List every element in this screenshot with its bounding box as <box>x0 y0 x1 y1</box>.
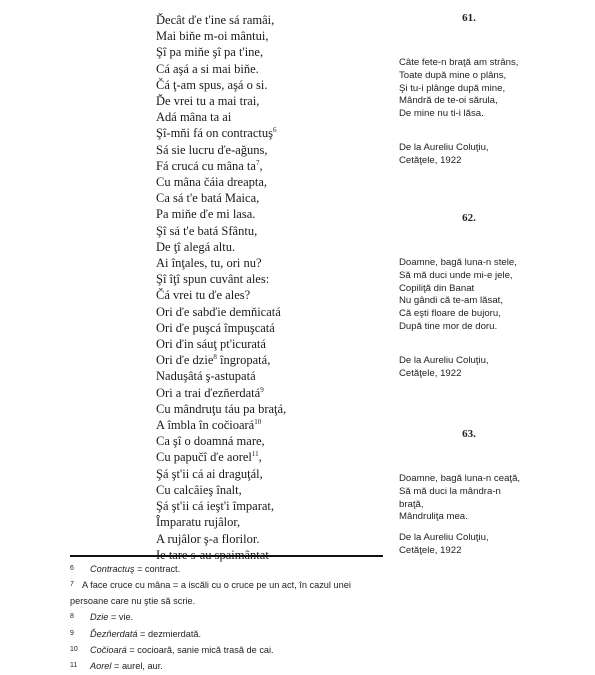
poem-line: Čá ţ-am spus, aşá o si. <box>156 77 286 93</box>
poem-line: Şî pa miňe şî pa t'ine, <box>156 44 286 60</box>
song-verses: Doamne, bagă luna-n ceaţă, Să mă duci la… <box>399 473 520 524</box>
verse-line: Să mă duci la mândra-n <box>399 486 520 499</box>
poem-line: Pa miňe ďe mi lasa. <box>156 206 286 222</box>
poem-line: Ai înţales, tu, ori nu? <box>156 255 286 271</box>
footnote-ref[interactable]: 11 <box>252 450 259 458</box>
poem-line: Ca sá t'e batá Maica, <box>156 190 286 206</box>
footnote-ref[interactable]: 10 <box>254 418 261 426</box>
song-63: 63. Doamne, bagă luna-n ceaţă, Să mă duc… <box>399 428 589 588</box>
poem-line: Şî îţî spun cuvânt ales: <box>156 271 286 287</box>
verse-line: Mândră de te-oi sărula, <box>399 95 518 108</box>
poem-line: Ori ďin sáuţ pt'icuratá <box>156 336 286 352</box>
poem-line: Împaratu rujâlor, <box>156 514 286 530</box>
poem-line: Ori ďe sabďie demňicatá <box>156 304 286 320</box>
verse-line: braţă, <box>399 499 520 512</box>
poem-line: Mai biňe m-oi mântui, <box>156 28 286 44</box>
verse-line: Nu gândi că te-am lăsat, <box>399 295 517 308</box>
song-61: 61. Câte fete-n braţă am strâns, Toate d… <box>399 12 589 182</box>
poem-line: Cu papučî ďe aorel11, <box>156 449 286 465</box>
poem-line: Şî sá t'e batá Sfântu, <box>156 223 286 239</box>
song-source: De la Aureliu Coluţiu, Cetăţele, 1922 <box>399 142 489 168</box>
poem-line: Adá mâna ta ai <box>156 109 286 125</box>
footnote-separator <box>70 555 383 557</box>
poem-line: Cu mâna čáia dreapta, <box>156 174 286 190</box>
footnote: 11Aorel = aurel, aur. <box>70 658 385 674</box>
verse-line: De mine nu ti-i lăsa. <box>399 108 518 121</box>
poem-line: Cá aşá a si mai biňe. <box>156 61 286 77</box>
poem-line: Şî-mňi fá on contractuş6 <box>156 125 286 141</box>
footnotes: 6Contractuş = contract. 7A face cruce cu… <box>70 561 385 675</box>
poem-line: Ori ďe puşcá împuşcatá <box>156 320 286 336</box>
poem-line: Cu calcâieş înalt, <box>156 482 286 498</box>
song-62: 62. Doamne, bagă luna-n stele, Să mă duc… <box>399 212 589 402</box>
footnote-ref[interactable]: 6 <box>273 126 277 134</box>
poem-column: Ďecât ďe t'ine sá ramâi, Mai biňe m-oi m… <box>156 12 286 563</box>
poem-line: A îmbla în cočioará10 <box>156 417 286 433</box>
poem-line: Cu mândruţu táu pa braţá, <box>156 401 286 417</box>
verse-line: Să mă duci unde mi-e jele, <box>399 270 517 283</box>
verse-line: Doamne, bagă luna-n stele, <box>399 257 517 270</box>
poem-line: Naduşâtá ş-astupatá <box>156 368 286 384</box>
poem-line: Ďecât ďe t'ine sá ramâi, <box>156 12 286 28</box>
footnote: 9Ďezňerdatá = dezmierdată. <box>70 626 385 642</box>
footnote: 7A face cruce cu mâna = a iscăli cu o cr… <box>70 577 385 609</box>
verse-line: După tine mor de doru. <box>399 321 517 334</box>
poem-line: Ca şî o doamná mare, <box>156 433 286 449</box>
poem-line: A rujâlor ş-a florilor. <box>156 531 286 547</box>
poem-line: Čá vrei tu ďe ales? <box>156 287 286 303</box>
song-source: De la Aureliu Coluţiu, Cetăţele, 1922 <box>399 532 489 558</box>
song-verses: Câte fete-n braţă am strâns, Toate după … <box>399 57 518 121</box>
verse-line: Şi tu-i plânge după mine, <box>399 83 518 96</box>
footnote-ref[interactable]: 9 <box>260 386 264 394</box>
verse-line: Mândruliţa mea. <box>399 511 520 524</box>
verse-line: Copiliţă din Banat <box>399 283 517 296</box>
poem-line: Ori a trai ďezňerdatá9 <box>156 385 286 401</box>
poem-line: Ďe vrei tu a mai trai, <box>156 93 286 109</box>
song-number: 62. <box>399 212 539 225</box>
poem-line: Sá sie lucru ďe-ağuns, <box>156 142 286 158</box>
song-source: De la Aureliu Coluţiu, Cetăţele, 1922 <box>399 355 489 381</box>
poem-line: De ţî alegá altu. <box>156 239 286 255</box>
song-number: 61. <box>399 12 539 25</box>
verse-line: Câte fete-n braţă am strâns, <box>399 57 518 70</box>
verse-line: Că eşti floare de bujoru, <box>399 308 517 321</box>
song-verses: Doamne, bagă luna-n stele, Să mă duci un… <box>399 257 517 334</box>
footnote: 8Dzie = vie. <box>70 609 385 625</box>
poem-line: Fá crucá cu mâna ta7, <box>156 158 286 174</box>
verse-line: Doamne, bagă luna-n ceaţă, <box>399 473 520 486</box>
poem-line: Şá şt'ii cá ieşt'i împarat, <box>156 498 286 514</box>
poem-line: Ori ďe dzie8 îngropatá, <box>156 352 286 368</box>
verse-line: Toate după mine o plâns, <box>399 70 518 83</box>
footnote: 10Cočioará = cocioară, sanie mică trasă … <box>70 642 385 658</box>
footnote: 6Contractuş = contract. <box>70 561 385 577</box>
song-number: 63. <box>399 428 539 441</box>
poem-line: Şá şt'ii cá ai draguţál, <box>156 466 286 482</box>
